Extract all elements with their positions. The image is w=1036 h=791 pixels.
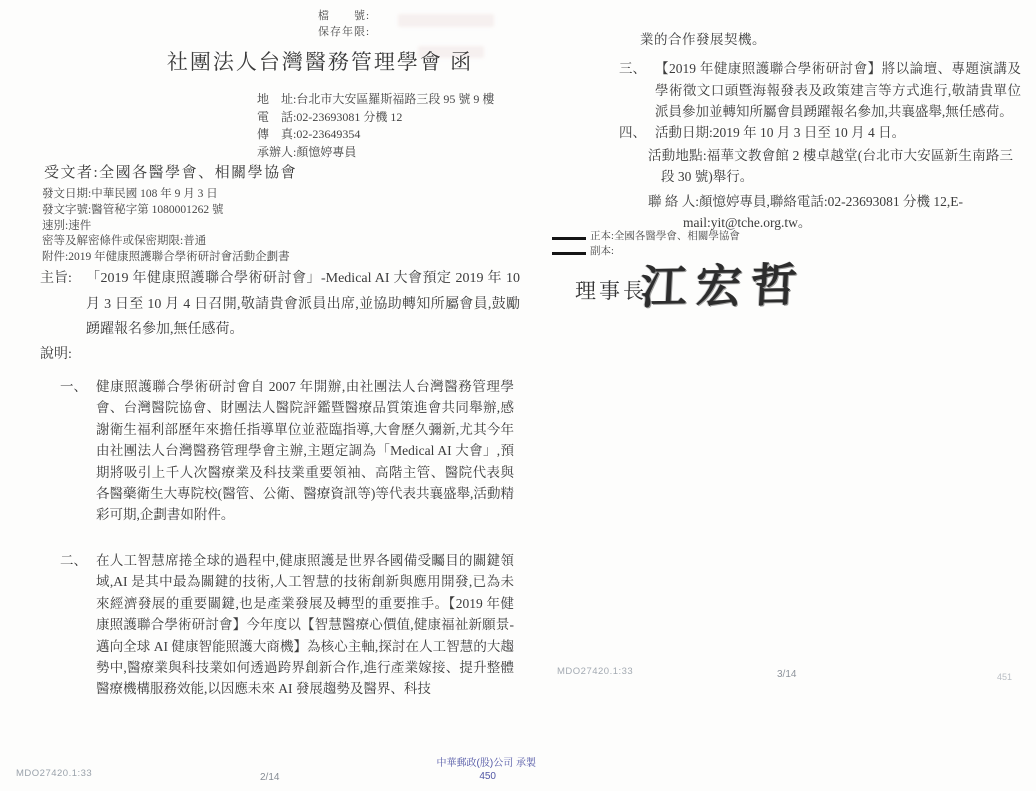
printer-number: 450 (418, 770, 536, 783)
print-code: MDO27420.1:33 (557, 666, 633, 677)
event-date-line: 活動日期:2019 年 10 月 3 日至 10 月 4 日。 (655, 122, 905, 143)
speed-level-line: 速別:速件 (42, 219, 290, 235)
margin-mark-bar (552, 252, 586, 255)
explanation-item-2: 二、 在人工智慧席捲全球的過程中,健康照護是世界各國備受矚目的關鍵領域,AI 是… (60, 550, 514, 700)
page-number: 2/14 (260, 772, 279, 783)
printer-credit-block: 中華郵政(股)公司 承製 450 (418, 757, 536, 783)
chairman-signature: 江宏哲 (639, 249, 808, 318)
printer-credit: 中華郵政(股)公司 承製 (418, 757, 536, 770)
subject-text: 「2019 年健康照護聯合學術研討會」-Medical AI 大會預定 2019… (86, 266, 520, 343)
item-3-text: 【2019 年健康照護聯合學術研討會】將以論壇、專題演講及學術徵文口頭暨海報發表… (655, 58, 1021, 123)
printer-number: 451 (997, 672, 1012, 682)
explanation-item-1: 一、 健康照護聯合學術研討會自 2007 年開辦,由社團法人台灣醫務管理學會、台… (60, 376, 514, 526)
sender-contact-block: 地 址:台北市大安區羅斯福路三段 95 號 9 樓 電 話:02-2369308… (257, 91, 494, 161)
security-level-line: 密等及解密條件或保密期限:普通 (42, 234, 290, 250)
file-number-label: 檔 號: (318, 8, 370, 24)
document-meta-block: 發文日期:中華民國 108 年 9 月 3 日 發文字號:醫管秘字第 10800… (42, 187, 290, 266)
page-number: 3/14 (777, 669, 796, 680)
doc-number-line: 發文字號:醫管秘字第 1080001262 號 (42, 203, 290, 219)
margin-mark-bar (552, 237, 586, 240)
letter-page-3: 業的合作發展契機。 三、 【2019 年健康照護聯合學術研討會】將以論壇、專題演… (545, 0, 1036, 791)
file-reference-block: 檔 號: 保存年限: (318, 8, 370, 40)
attachment-line: 附件:2019 年健康照護聯合學術研討會活動企劃書 (42, 250, 290, 266)
bleed-through-mark (398, 14, 494, 27)
item-3-number: 三、 (619, 58, 655, 123)
phone-line: 電 話:02-23693081 分機 12 (257, 109, 494, 127)
item-2-continuation-text: 業的合作發展契機。 (640, 28, 766, 48)
letter-title: 社團法人台灣醫務管理學會 函 (140, 46, 500, 76)
event-venue-line: 活動地點:福華文教會館 2 樓卓越堂(台北市大安區新生南路三段 30 號)舉行。 (648, 146, 1013, 187)
item-2-text: 在人工智慧席捲全球的過程中,健康照護是世界各國備受矚目的關鍵領域,AI 是其中最… (96, 550, 514, 700)
explanation-item-3: 三、 【2019 年健康照護聯合學術研討會】將以論壇、專題演講及學術徵文口頭暨海… (619, 58, 1021, 123)
address-line: 地 址:台北市大安區羅斯福路三段 95 號 9 樓 (257, 91, 494, 109)
original-recipients-line: 正本:全國各醫學會、相關學協會 (590, 230, 740, 245)
item-1-text: 健康照護聯合學術研討會自 2007 年開辦,由社團法人台灣醫務管理學會、台灣醫院… (96, 376, 514, 526)
explanation-item-4: 四、 活動日期:2019 年 10 月 3 日至 10 月 4 日。 活動地點:… (619, 122, 1023, 233)
item-1-number: 一、 (60, 376, 96, 526)
explanation-label: 說明: (40, 343, 72, 363)
retention-period-label: 保存年限: (318, 24, 370, 40)
handler-line: 承辦人:顏憶婷專員 (257, 144, 494, 162)
print-code: MDO27420.1:33 (16, 768, 92, 779)
item-2-number: 二、 (60, 550, 96, 700)
subject-section: 主旨: 「2019 年健康照護聯合學術研討會」-Medical AI 大會預定 … (40, 266, 520, 343)
subject-label: 主旨: (40, 266, 86, 343)
event-contact-line: 聯 絡 人:顏憶婷專員,聯絡電話:02-23693081 分機 12,E-mai… (648, 191, 1036, 233)
chairman-title: 理事長 (575, 275, 647, 305)
recipient-line: 受文者:全國各醫學會、相關學協會 (44, 161, 297, 182)
letter-page-2: 檔 號: 保存年限: 社團法人台灣醫務管理學會 函 地 址:台北市大安區羅斯福路… (0, 0, 545, 791)
fax-line: 傳 真:02-23649354 (257, 126, 494, 144)
item-4-number: 四、 (619, 122, 655, 143)
scanned-letter-spread: 檔 號: 保存年限: 社團法人台灣醫務管理學會 函 地 址:台北市大安區羅斯福路… (0, 0, 1036, 791)
issue-date-line: 發文日期:中華民國 108 年 9 月 3 日 (42, 187, 290, 203)
